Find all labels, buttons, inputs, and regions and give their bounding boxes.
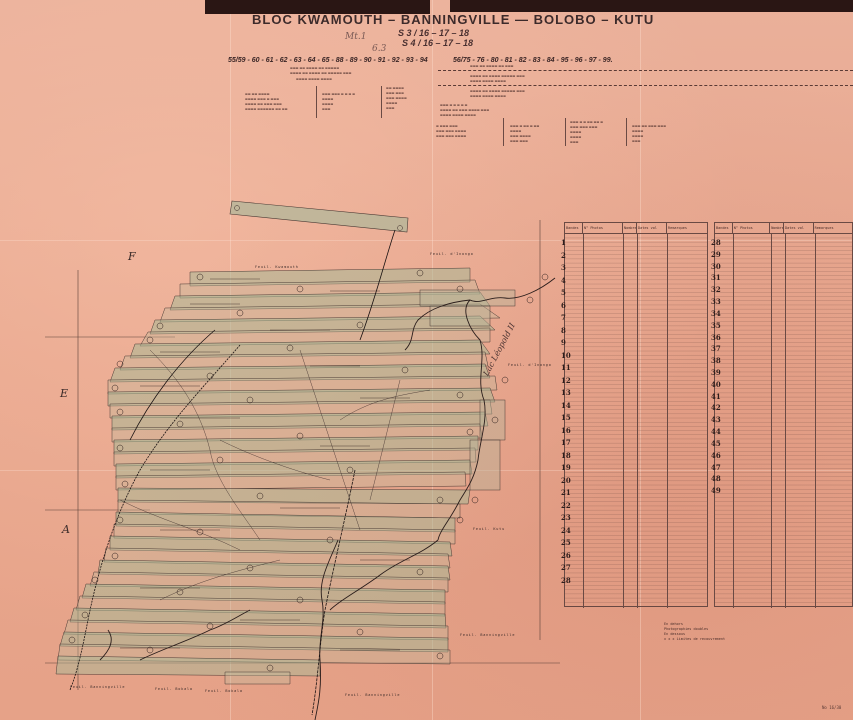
strip-number: 4 (561, 276, 566, 285)
strip-number: 5 (561, 288, 566, 297)
strip-number: 24 (561, 526, 571, 535)
column-header: N° Photos (583, 223, 623, 233)
column-header: Remarques (667, 223, 707, 233)
strip-number: 1 (561, 238, 566, 247)
place-label: Feuil. Kutu (473, 527, 505, 531)
strip-number: 33 (711, 297, 721, 306)
strip-number: 39 (711, 368, 721, 377)
strip-number: 28 (561, 576, 571, 585)
strip-number: 17 (561, 438, 571, 447)
strip-number: 2 (561, 251, 566, 260)
strip-number: 42 (711, 403, 721, 412)
strip-number: 22 (561, 501, 571, 510)
strip-number: 20 (561, 476, 571, 485)
place-label: Feuil. Banningville (460, 633, 515, 637)
place-label: Feuil. Bokala (205, 689, 243, 693)
strip-number: 14 (561, 401, 571, 410)
strip-number: 10 (561, 351, 571, 360)
strip-number: 9 (561, 338, 566, 347)
strip-number: 49 (711, 486, 721, 495)
table-header: Bandes N° Photos Nombre Dates vol Remarq… (565, 223, 707, 234)
strip-number: 31 (711, 273, 721, 282)
table-header: Bandes N° Photos Nombre Dates vol Remarq… (715, 223, 852, 234)
place-label: Feuil. Kwamouth (255, 265, 299, 269)
strip-table-left: Bandes N° Photos Nombre Dates vol Remarq… (564, 222, 708, 607)
strip-number: 18 (561, 451, 571, 460)
strip-number: 47 (711, 463, 721, 472)
strip-number: 12 (561, 376, 571, 385)
strip-number: 13 (561, 388, 571, 397)
place-label: Feuil. d'Inongo (508, 363, 552, 367)
column-header: Bandes (565, 223, 583, 233)
strip-number: 44 (711, 427, 721, 436)
strip-number: 34 (711, 309, 721, 318)
catalog-number: No 16/30 (822, 705, 841, 710)
grid-letter-e: E (60, 387, 68, 400)
table-body (715, 234, 852, 608)
place-label: Feuil. Bokala (155, 687, 193, 691)
strip-number: 43 (711, 415, 721, 424)
legend: En dehors Photographies doubles En desso… (664, 622, 725, 642)
column-header: Nombre (770, 223, 784, 233)
strip-number: 6 (561, 301, 566, 310)
strip-number: 26 (561, 551, 571, 560)
strip-number: 32 (711, 285, 721, 294)
strip-number: 36 (711, 333, 721, 342)
strip-number: 23 (561, 513, 571, 522)
column-header: N° Photos (733, 223, 770, 233)
strip-number: 46 (711, 451, 721, 460)
strip-number: 3 (561, 263, 566, 272)
place-label: Feuil. Banningville (70, 685, 125, 689)
strip-number: 15 (561, 413, 571, 422)
strip-number: 28 (711, 238, 721, 247)
place-label: Feuil. Banningville (345, 693, 400, 697)
strip-number: 35 (711, 321, 721, 330)
column-header: Dates vol (637, 223, 667, 233)
place-label: Feuil. d'Inongo (430, 252, 474, 256)
strip-number: 29 (711, 250, 721, 259)
strip-number: 8 (561, 326, 566, 335)
column-header: Bandes (715, 223, 733, 233)
strip-table-right: Bandes N° Photos Nombre Dates vol Remarq… (714, 222, 853, 607)
strip-number: 7 (561, 313, 566, 322)
column-header: Dates vol (784, 223, 814, 233)
column-header: Remarques (814, 223, 852, 233)
grid-letter-f: F (128, 250, 136, 263)
legend-item: x x x Limites de recouvrement (664, 637, 725, 642)
table-body (565, 234, 707, 608)
strip-number: 21 (561, 488, 571, 497)
column-header: Nombre (623, 223, 637, 233)
strip-number: 38 (711, 356, 721, 365)
strip-number: 48 (711, 474, 721, 483)
strip-number: 27 (561, 563, 571, 572)
isolated-strip (230, 201, 408, 232)
strip-number: 11 (561, 363, 571, 372)
strip-number: 41 (711, 392, 721, 401)
strip-number: 30 (711, 262, 721, 271)
strip-number: 19 (561, 463, 571, 472)
strip-number: 25 (561, 538, 571, 547)
grid-letter-a: A (62, 523, 70, 536)
strip-number: 37 (711, 344, 721, 353)
strip-number: 16 (561, 426, 571, 435)
strip-number: 45 (711, 439, 721, 448)
strip-number: 40 (711, 380, 721, 389)
